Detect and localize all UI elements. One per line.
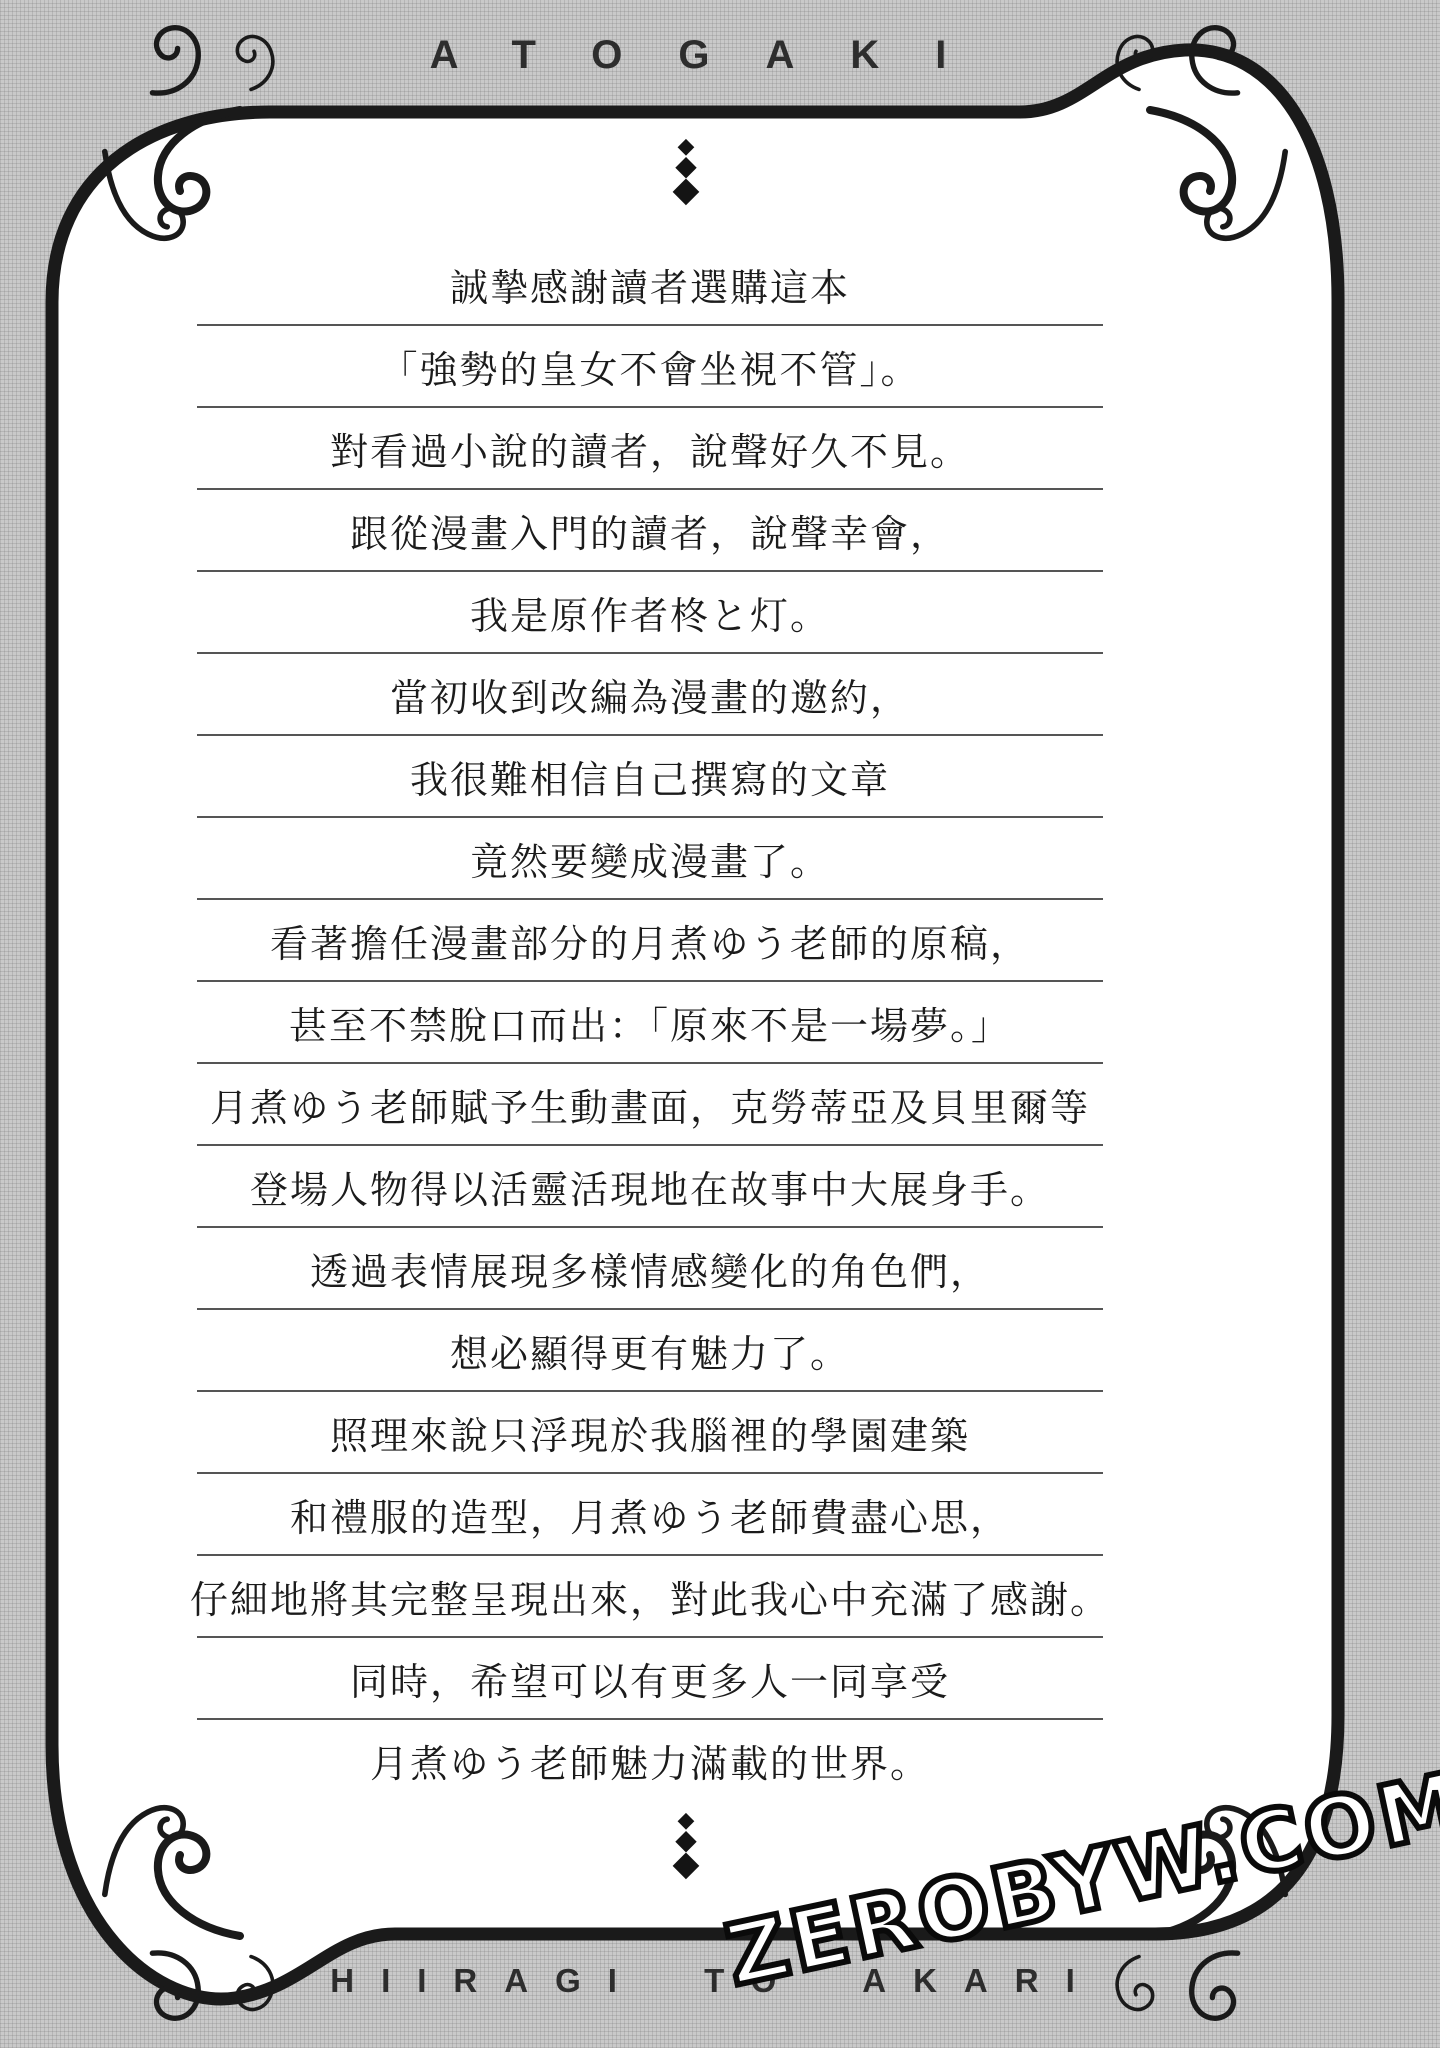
afterword-line: 跟從漫畫入門的讀者，說聲幸會， bbox=[197, 490, 1103, 570]
afterword-line: 看著擔任漫畫部分的月煮ゆう老師的原稿， bbox=[197, 900, 1103, 980]
diamond-icon: ◆ bbox=[673, 177, 700, 204]
afterword-line: 竟然要變成漫畫了。 bbox=[197, 818, 1103, 898]
afterword-line: 月煮ゆう老師魅力滿載的世界。 bbox=[197, 1720, 1103, 1800]
afterword-line: 「強勢的皇女不會坐視不管」。 bbox=[197, 326, 1103, 406]
diamond-icon: ◆ bbox=[673, 1851, 700, 1878]
afterword-line: 和禮服的造型，月煮ゆう老師費盡心思， bbox=[197, 1474, 1103, 1554]
afterword-lines: 誠摯感謝讀者選購這本「強勢的皇女不會坐視不管」。對看過小說的讀者，說聲好久不見。… bbox=[197, 244, 1103, 1800]
footer-title: HIIRAGI TO AKARI bbox=[330, 1962, 1102, 2000]
afterword-line: 對看過小說的讀者，說聲好久不見。 bbox=[197, 408, 1103, 488]
atogaki-page: ATOGAKI ◆ ◆ ◆ 誠摯感謝讀者選購這本「強勢的皇女不會坐視不管」。對看… bbox=[0, 0, 1440, 2048]
afterword-line: 仔細地將其完整呈現出來，對此我心中充滿了感謝。 bbox=[197, 1556, 1103, 1636]
afterword-line: 想必顯得更有魅力了。 bbox=[197, 1310, 1103, 1390]
diamond-ornament-bottom: ◆ ◆ ◆ bbox=[673, 1812, 700, 1878]
page-title: ATOGAKI bbox=[430, 33, 1003, 78]
afterword-line: 登場人物得以活靈活現地在故事中大展身手。 bbox=[197, 1146, 1103, 1226]
afterword-line: 甚至不禁脫口而出：「原來不是一場夢。」 bbox=[197, 982, 1103, 1062]
afterword-line: 同時，希望可以有更多人一同享受 bbox=[197, 1638, 1103, 1718]
afterword-line: 透過表情展現多樣情感變化的角色們， bbox=[197, 1228, 1103, 1308]
afterword-line: 我是原作者柊と灯。 bbox=[197, 572, 1103, 652]
afterword-line: 當初收到改編為漫畫的邀約， bbox=[197, 654, 1103, 734]
afterword-line: 月煮ゆう老師賦予生動畫面，克勞蒂亞及貝里爾等 bbox=[197, 1064, 1103, 1144]
afterword-line: 我很難相信自己撰寫的文章 bbox=[197, 736, 1103, 816]
diamond-ornament-top: ◆ ◆ ◆ bbox=[673, 138, 700, 204]
afterword-line: 誠摯感謝讀者選購這本 bbox=[197, 244, 1103, 324]
afterword-line: 照理來說只浮現於我腦裡的學園建築 bbox=[197, 1392, 1103, 1472]
